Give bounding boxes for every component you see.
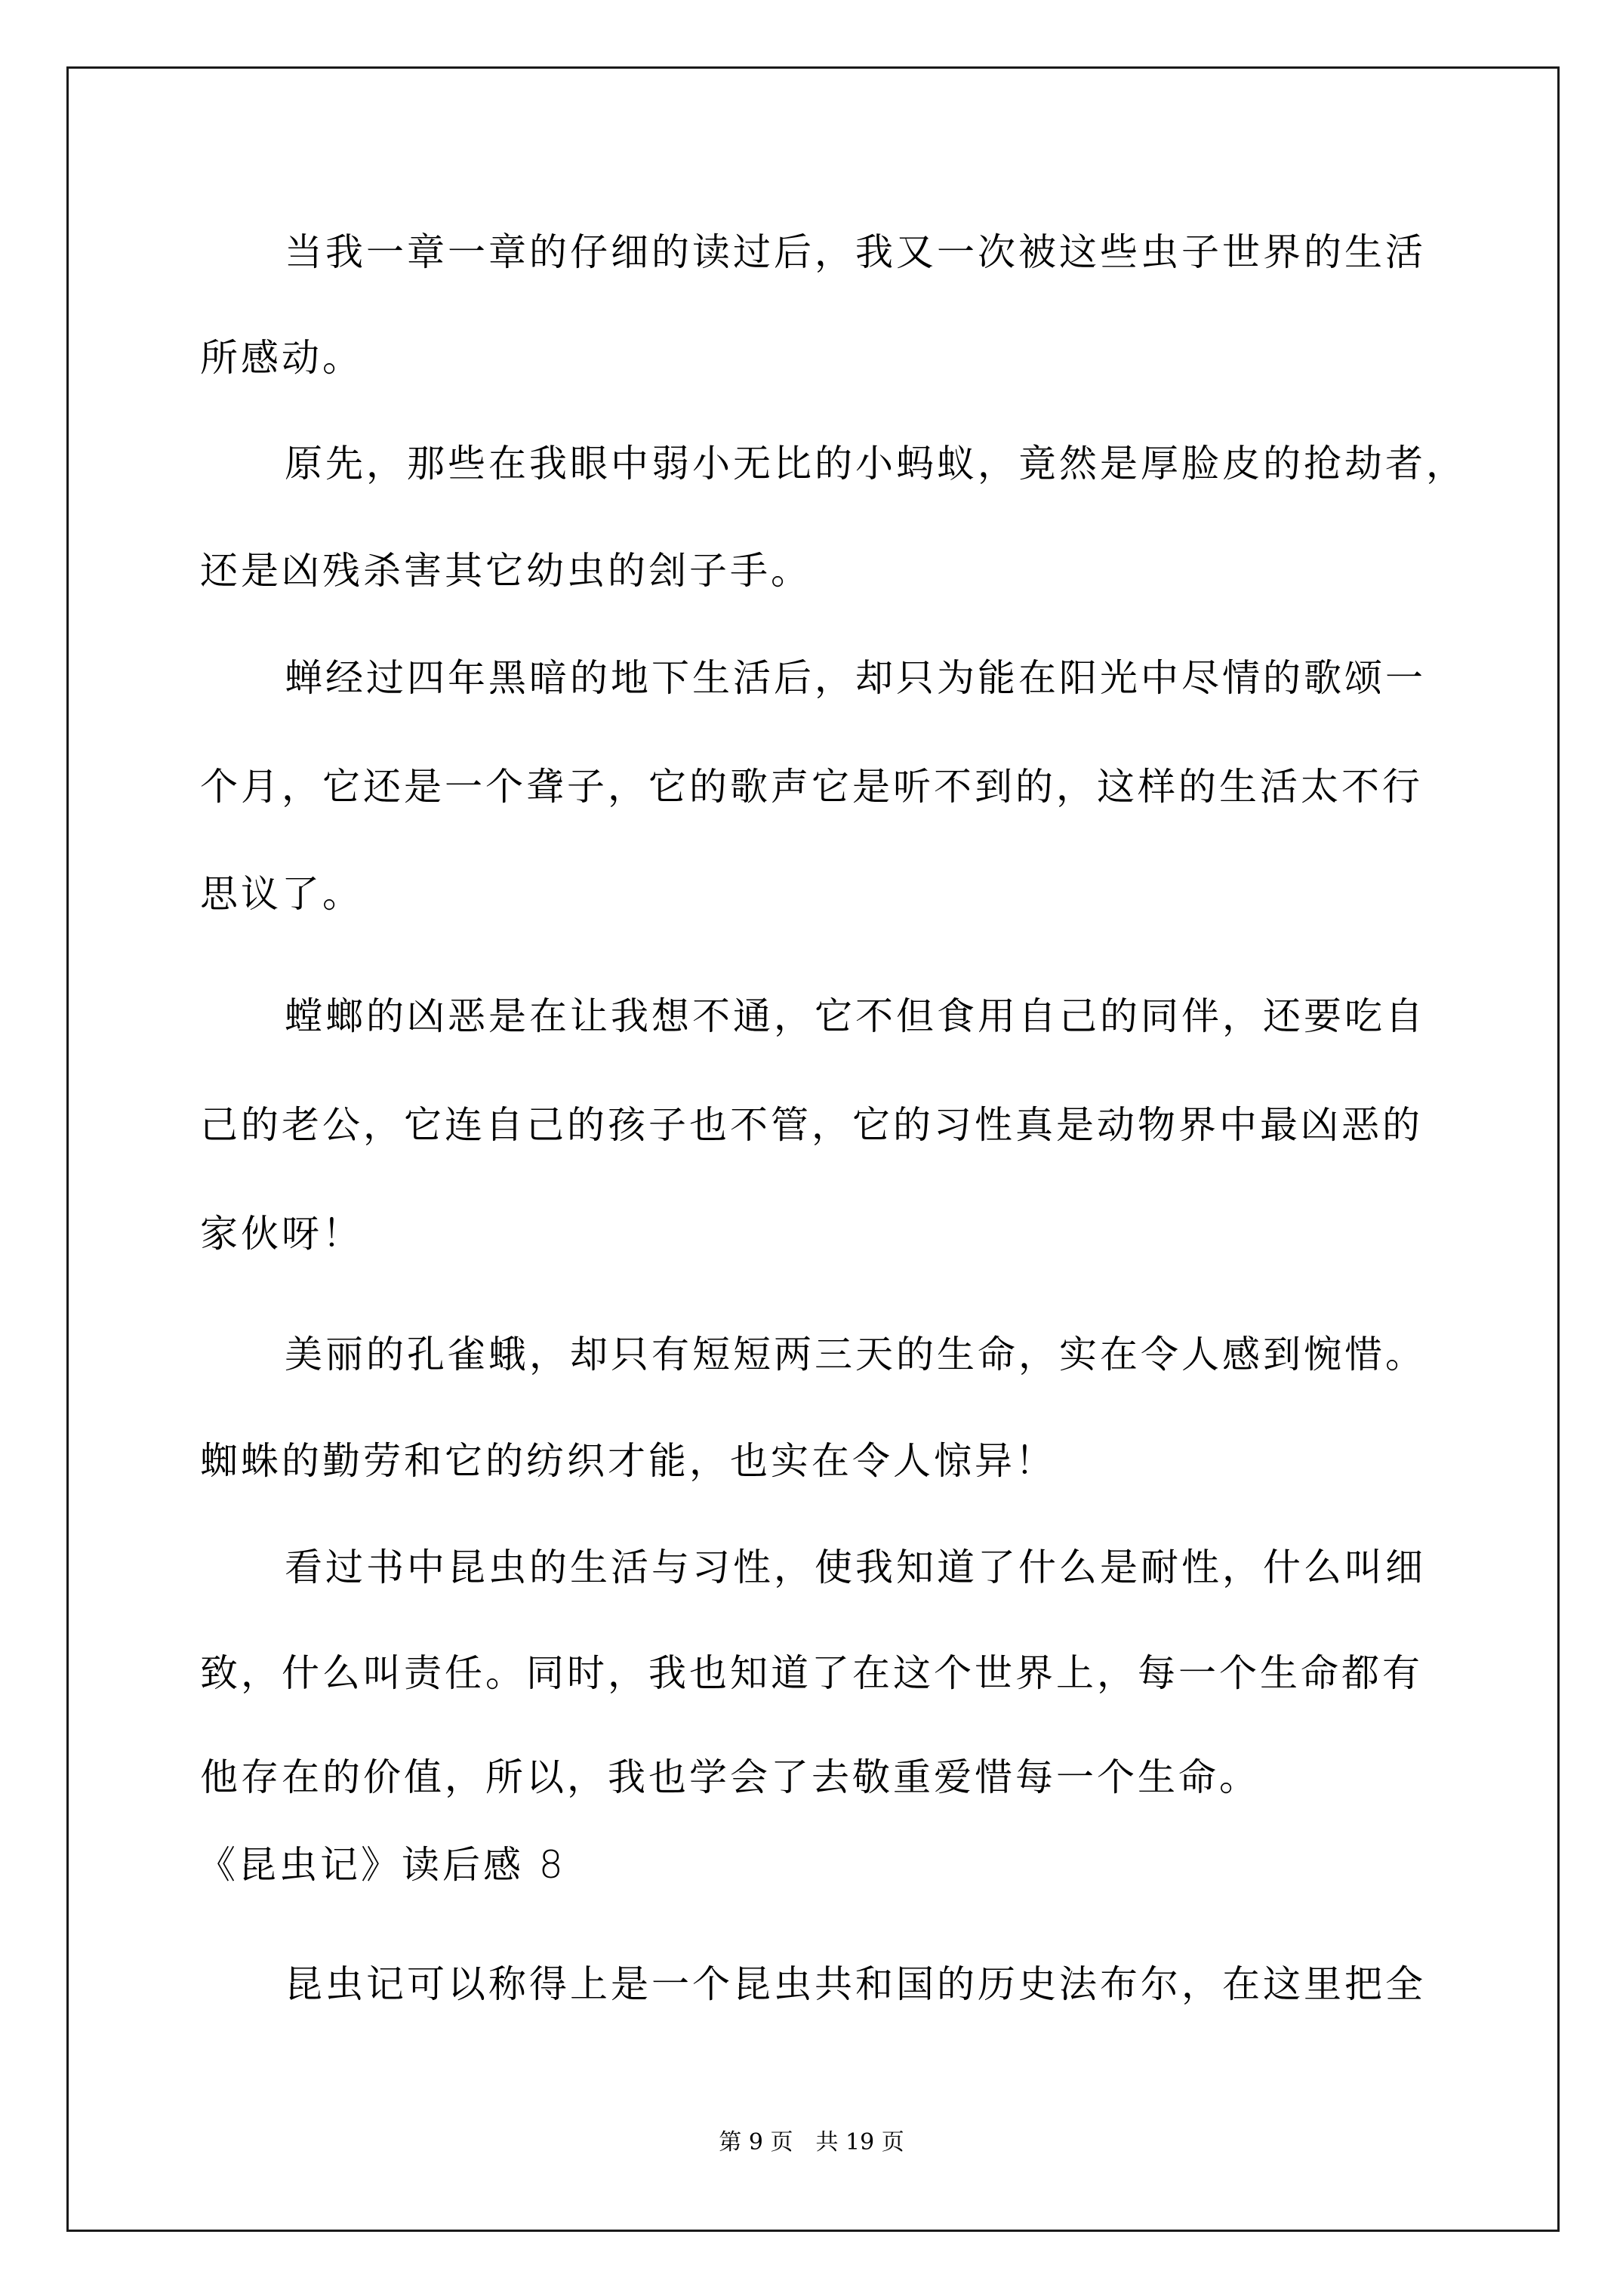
paragraph-line: 个月，它还是一个聋子，它的歌声它是听不到的，这样的生活太不行 (200, 764, 1423, 809)
paragraph-line: 己的老公，它连自己的孩子也不管，它的习性真是动物界中最凶恶的 (200, 1102, 1423, 1148)
paragraph-line: 看过书中昆虫的生活与习性，使我知道了什么是耐性，什么叫细 (285, 1545, 1426, 1590)
paragraph-line: 所感动。 (200, 335, 363, 381)
paragraph-line: 蝉经过四年黑暗的地下生活后，却只为能在阳光中尽情的歌颂一 (285, 655, 1426, 701)
paragraph-line: 他存在的价值，所以，我也学会了去敬重爱惜每一个生命。 (200, 1755, 1260, 1800)
paragraph-line: 致，什么叫责任。同时，我也知道了在这个世界上，每一个生命都有 (200, 1650, 1423, 1696)
paragraph-line: 家伙呀！ (200, 1211, 363, 1256)
paragraph-line: 螳螂的凶恶是在让我想不通，它不但食用自己的同伴，还要吃自 (285, 994, 1426, 1039)
page-border (66, 66, 1560, 2232)
section-heading: 《昆虫记》读后感 8 (198, 1842, 566, 1888)
paragraph-line: 当我一章一章的仔细的读过后，我又一次被这些虫子世界的生活 (285, 230, 1426, 275)
paragraph-line: 昆虫记可以称得上是一个昆虫共和国的历史法布尔，在这里把全 (285, 1962, 1426, 2007)
page-number-footer: 第 9 页 共 19 页 (0, 2128, 1623, 2158)
paragraph-line: 蜘蛛的勤劳和它的纺织才能，也实在令人惊异！ (200, 1438, 1056, 1484)
paragraph-line: 思议了。 (200, 871, 363, 917)
paragraph-line: 美丽的孔雀蛾，却只有短短两三天的生命，实在令人感到惋惜。 (285, 1332, 1426, 1377)
paragraph-line: 还是凶残杀害其它幼虫的刽子手。 (200, 548, 811, 593)
paragraph-line: 原先，那些在我眼中弱小无比的小蚂蚁，竟然是厚脸皮的抢劫者， (285, 441, 1467, 486)
